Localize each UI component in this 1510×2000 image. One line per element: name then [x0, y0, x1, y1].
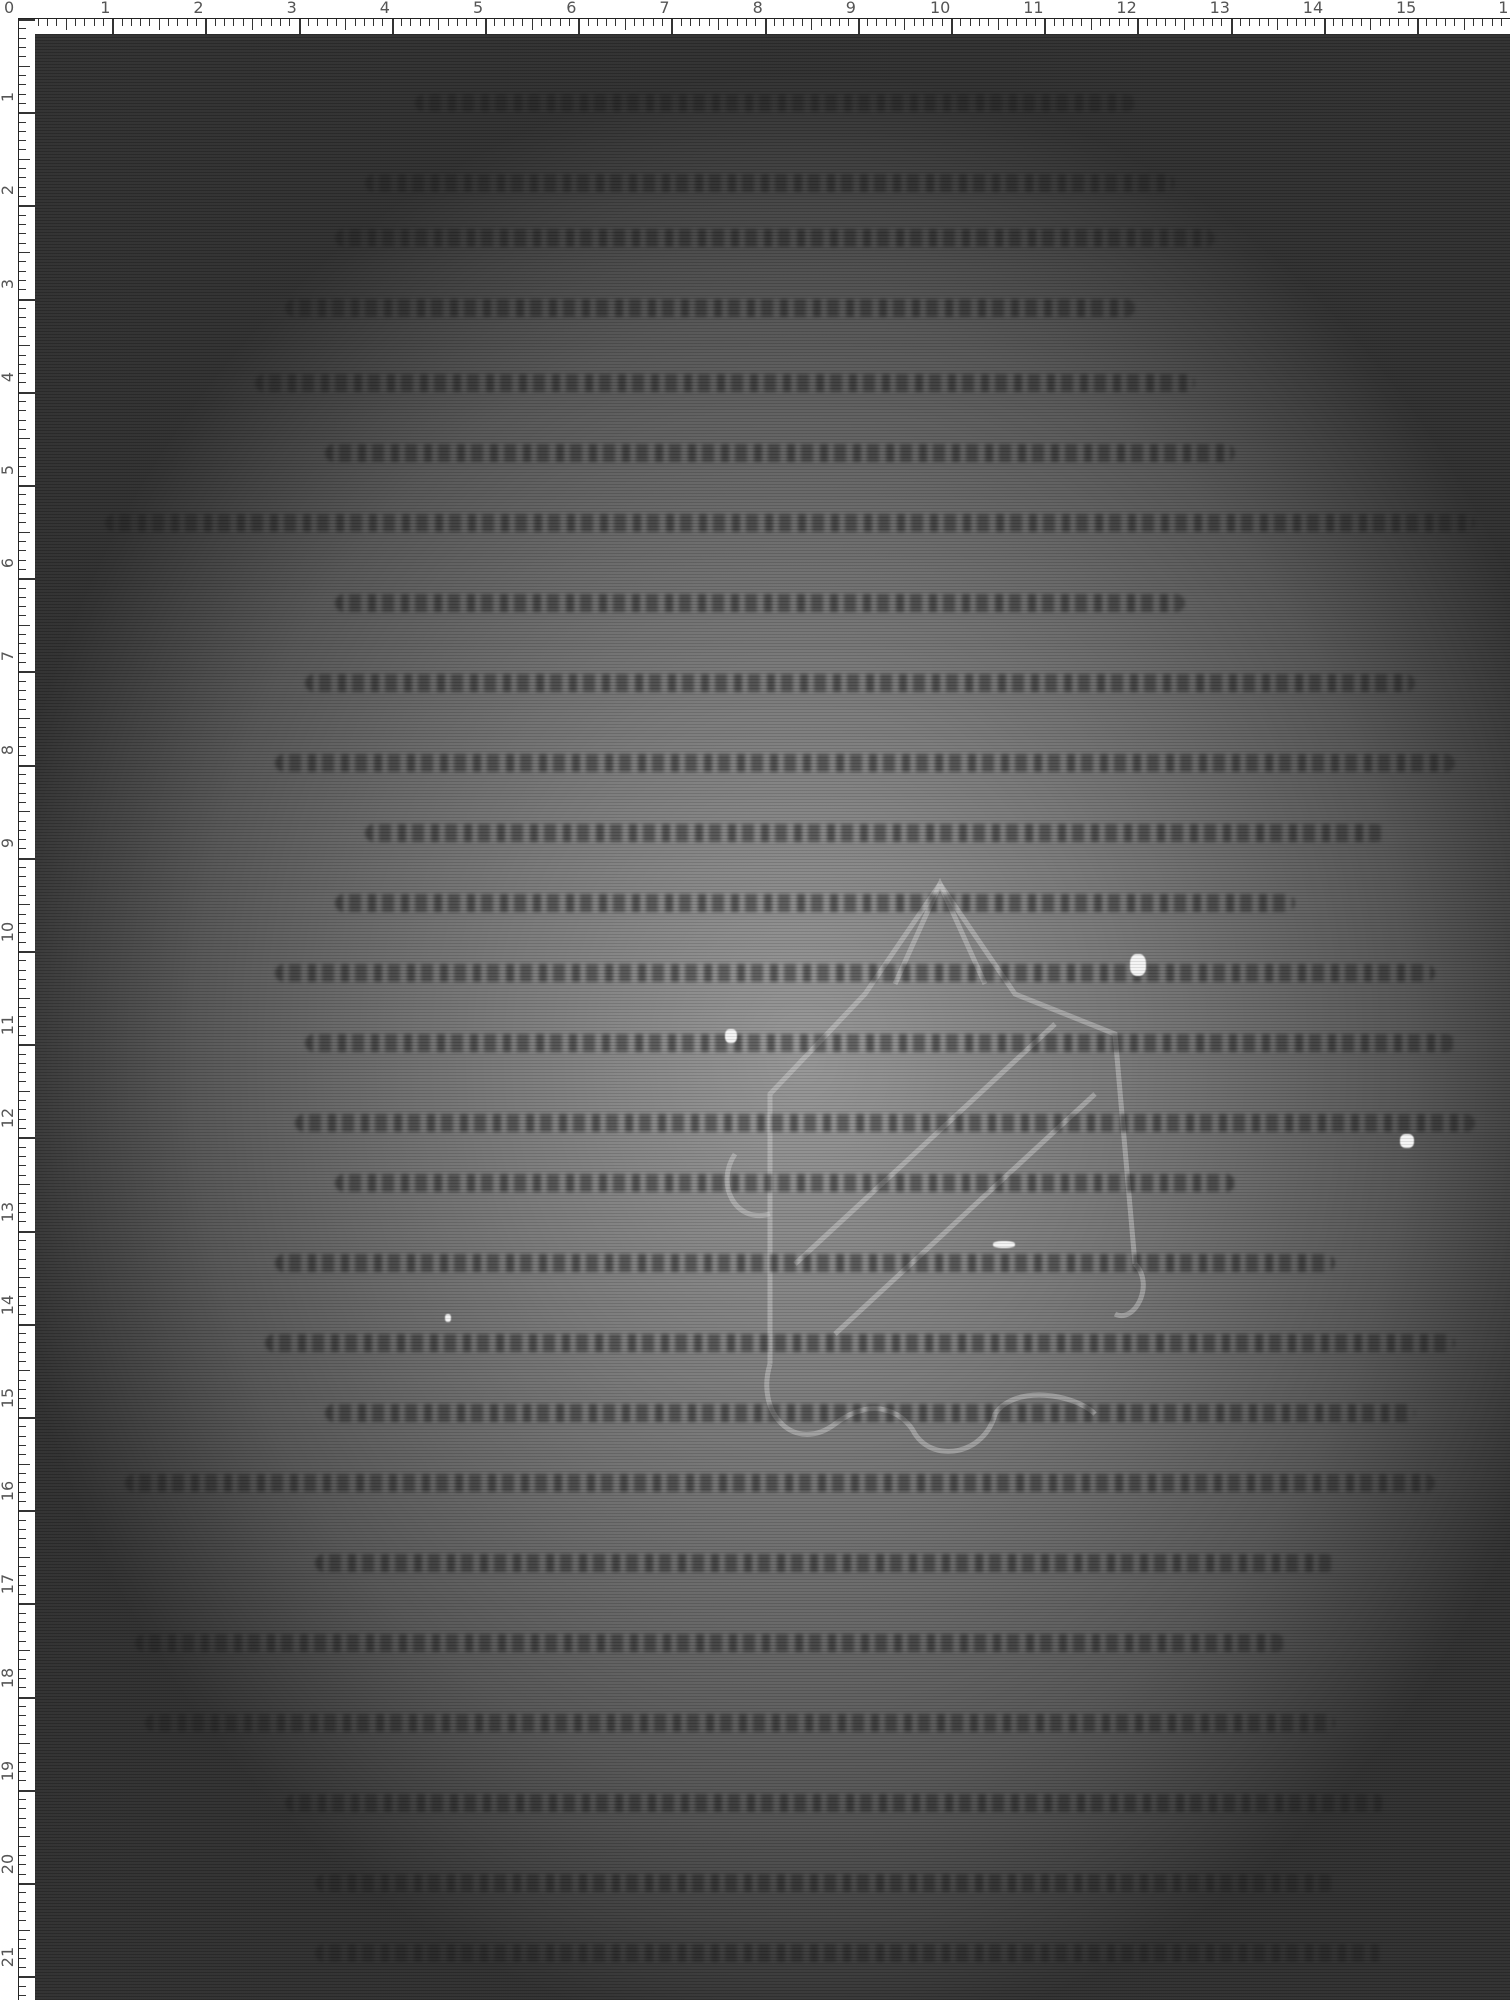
handwriting-line [305, 674, 1415, 692]
ruler-tick [19, 1585, 26, 1586]
ruler-tick [19, 1687, 26, 1688]
ruler-tick [793, 19, 794, 26]
ruler-tick [19, 1175, 26, 1176]
ruler-tick [19, 1920, 26, 1921]
ruler-tick [588, 19, 589, 26]
ruler-tick [19, 448, 26, 449]
ruler-tick [19, 1277, 30, 1278]
ruler-tick [1342, 19, 1343, 26]
ruler-tick [504, 19, 505, 26]
ruler-tick [215, 19, 216, 26]
ruler-tick [19, 382, 26, 383]
top-ruler [18, 18, 1510, 35]
handwriting-line [335, 1174, 1235, 1192]
ruler-tick [19, 1631, 26, 1632]
ruler-tick [19, 1715, 26, 1716]
ruler-tick [19, 867, 26, 868]
ruler-tick [1137, 19, 1139, 35]
ruler-tick [19, 522, 26, 523]
ruler-tick [821, 19, 822, 26]
ruler-tick [19, 1967, 26, 1968]
ruler-label: 6 [0, 551, 16, 575]
ruler-tick [373, 19, 374, 26]
ruler-tick [168, 19, 169, 26]
ruler-tick [299, 19, 301, 35]
ruler-tick [187, 19, 188, 26]
ruler-tick [839, 19, 840, 26]
ruler-tick [19, 839, 26, 840]
ruler-tick [19, 765, 35, 767]
handwriting-line [335, 229, 1215, 247]
ruler-tick [19, 485, 35, 487]
ruler-label: 5 [0, 458, 16, 482]
ruler-tick [19, 690, 26, 691]
ruler-tick [19, 19, 35, 21]
ruler-tick [19, 541, 26, 542]
ruler-tick [1240, 19, 1241, 26]
ruler-tick [1426, 19, 1427, 26]
ruler-label: 13 [0, 1200, 16, 1224]
ruler-tick [19, 1818, 26, 1819]
ruler-tick [280, 19, 281, 26]
ruler-tick [19, 289, 26, 290]
manuscript-scan [35, 34, 1510, 2000]
ruler-tick [19, 1557, 30, 1558]
ruler-label: 7 [659, 0, 669, 16]
ruler-label: 15 [1396, 0, 1416, 16]
ruler-label: 11 [1023, 0, 1043, 16]
ruler-tick [177, 19, 178, 26]
ruler-tick [727, 19, 728, 26]
ruler-tick [1287, 19, 1288, 26]
ruler-tick [19, 1044, 35, 1046]
ruler-tick [19, 886, 26, 887]
bright-speck [445, 1314, 451, 1322]
ruler-tick [19, 1855, 26, 1856]
ruler-tick [19, 149, 26, 150]
ruler-tick [19, 1883, 35, 1885]
ruler-tick [970, 19, 971, 26]
ruler-tick [19, 243, 26, 244]
ruler-tick [19, 1109, 26, 1110]
ruler-tick [19, 615, 26, 616]
ruler-tick [410, 19, 411, 26]
ruler-tick [783, 19, 784, 26]
ruler-tick [19, 1212, 26, 1213]
ruler-tick [19, 47, 26, 48]
ruler-label: 8 [0, 738, 16, 762]
ruler-tick [988, 19, 989, 26]
ruler-tick [19, 970, 26, 971]
bright-speck [1400, 1134, 1414, 1148]
ruler-tick [19, 1119, 26, 1120]
ruler-tick [19, 1780, 26, 1781]
ruler-tick [19, 1650, 30, 1651]
ruler-tick [19, 550, 26, 551]
ruler-tick [19, 1184, 30, 1185]
ruler-label: 1 [0, 85, 16, 109]
ruler-tick [392, 19, 394, 35]
ruler-tick [19, 858, 35, 860]
ruler-tick [19, 159, 30, 160]
ruler-label: 3 [0, 272, 16, 296]
ruler-tick [643, 19, 644, 26]
ruler-tick [19, 1426, 26, 1427]
ruler-tick [1007, 19, 1008, 26]
ruler-tick [550, 19, 551, 26]
ruler-label: 2 [0, 178, 16, 202]
ruler-tick [1398, 19, 1399, 26]
ruler-tick [224, 19, 225, 26]
ruler-tick [1268, 19, 1269, 26]
ruler-tick [476, 19, 477, 26]
ruler-tick [19, 252, 30, 253]
ruler-tick [19, 196, 26, 197]
ruler-tick [233, 19, 234, 26]
ruler-tick [19, 205, 35, 207]
ruler-tick [140, 19, 141, 26]
ruler-tick [1091, 19, 1092, 30]
ruler-label: 14 [0, 1293, 16, 1317]
ruler-label: 6 [566, 0, 576, 16]
ruler-tick [19, 634, 26, 635]
ruler-tick [19, 1529, 26, 1530]
ruler-tick [19, 1193, 26, 1194]
ruler-tick [94, 19, 95, 26]
ruler-tick [1314, 19, 1315, 26]
ruler-tick [1492, 19, 1493, 26]
ruler-tick [867, 19, 868, 26]
ruler-tick [830, 19, 831, 26]
ruler-tick [19, 1874, 26, 1875]
ruler-tick [19, 671, 35, 673]
ruler-tick [774, 19, 775, 26]
ruler-tick [634, 19, 635, 26]
ruler-tick [19, 1622, 26, 1623]
ruler-tick [1193, 19, 1194, 26]
ruler-tick [848, 19, 849, 26]
ruler-tick [765, 19, 767, 35]
ruler-tick [19, 951, 35, 953]
ruler-tick [19, 793, 26, 794]
handwriting-line [335, 894, 1295, 912]
ruler-tick [122, 19, 123, 26]
ruler-tick [19, 802, 26, 803]
ruler-tick [19, 280, 26, 281]
handwriting-line [255, 374, 1195, 392]
ruler-tick [942, 19, 943, 26]
ruler-tick [1324, 19, 1326, 35]
ruler-tick [1296, 19, 1297, 26]
ruler-tick [19, 1128, 26, 1129]
ruler-tick [19, 718, 30, 719]
ruler-tick [19, 1986, 26, 1987]
ruler-tick [755, 19, 756, 26]
ruler-tick [1501, 19, 1502, 26]
ruler-tick [19, 177, 26, 178]
ruler-tick [19, 373, 26, 374]
ruler-tick [19, 1417, 35, 1419]
ruler-tick [19, 1035, 26, 1036]
ruler-tick [364, 19, 365, 26]
ruler-tick [19, 998, 30, 999]
ruler-tick [19, 653, 26, 654]
ruler-tick [19, 1762, 26, 1763]
ruler-label: 4 [0, 365, 16, 389]
handwriting-line [275, 754, 1455, 772]
ruler-tick [1231, 19, 1233, 35]
ruler-tick [932, 19, 933, 26]
ruler-tick [19, 1911, 26, 1912]
ruler-tick [532, 19, 533, 30]
ruler-label: 8 [753, 0, 763, 16]
handwriting-line [315, 1944, 1385, 1962]
handwriting-line [105, 514, 1475, 532]
ruler-tick [19, 914, 26, 915]
ruler-tick [19, 1659, 26, 1660]
ruler-tick [19, 94, 26, 95]
ruler-tick [1305, 19, 1306, 26]
ruler-tick [19, 588, 26, 589]
ruler-tick [205, 19, 207, 35]
ruler-tick [578, 19, 580, 35]
ruler-tick [606, 19, 607, 26]
ruler-tick [1109, 19, 1110, 26]
ruler-tick [19, 429, 26, 430]
ruler-tick [19, 1827, 26, 1828]
ruler-tick [560, 19, 561, 26]
ruler-tick [19, 532, 30, 533]
ruler-tick [19, 1203, 26, 1204]
ruler-label: 17 [0, 1572, 16, 1596]
ruler-tick [19, 420, 26, 421]
handwriting-line [285, 299, 1135, 317]
ruler-label: 7 [0, 644, 16, 668]
ruler-tick [19, 345, 30, 346]
ruler-tick [653, 19, 654, 26]
ruler-tick [1333, 19, 1334, 26]
ruler-tick [19, 578, 35, 580]
ruler-tick [19, 569, 26, 570]
ruler-tick [317, 19, 318, 26]
ruler-tick [19, 1156, 26, 1157]
ruler-tick [1436, 19, 1437, 26]
ruler-tick [19, 355, 26, 356]
ruler-tick [1147, 19, 1148, 26]
ruler-tick [1156, 19, 1157, 26]
ruler-label: 16 [0, 1479, 16, 1503]
ruler-tick [19, 1221, 26, 1222]
handwriting-line [315, 1554, 1335, 1572]
ruler-tick [19, 494, 26, 495]
ruler-tick [569, 19, 570, 26]
ruler-tick [19, 1958, 26, 1959]
ruler-tick [1100, 19, 1101, 26]
ruler-tick [336, 19, 337, 26]
ruler-tick [19, 1864, 26, 1865]
ruler-label: 1 [1498, 0, 1508, 16]
ruler-tick [1175, 19, 1176, 26]
ruler-tick [19, 103, 26, 104]
ruler-tick [19, 392, 35, 394]
ruler-tick [718, 19, 719, 30]
ruler-tick [19, 774, 26, 775]
ruler-tick [1044, 19, 1046, 35]
ruler-tick [19, 1231, 35, 1233]
ruler-label: 9 [846, 0, 856, 16]
ruler-tick [19, 1725, 26, 1726]
ruler-label: 13 [1210, 0, 1230, 16]
ruler-tick [1054, 19, 1055, 26]
ruler-tick [66, 19, 67, 30]
ruler-tick [709, 19, 710, 26]
ruler-tick [19, 662, 26, 663]
ruler-tick [1212, 19, 1213, 26]
ruler-tick [681, 19, 682, 26]
ruler-label: 12 [1116, 0, 1136, 16]
ruler-tick [19, 1352, 26, 1353]
ruler-tick [876, 19, 877, 26]
ruler-tick [466, 19, 467, 26]
ruler-tick [38, 19, 39, 26]
ruler-tick [19, 1100, 26, 1101]
ruler-tick [19, 410, 26, 411]
ruler-label: 18 [0, 1666, 16, 1690]
ruler-tick [56, 19, 57, 26]
ruler-label: 10 [930, 0, 950, 16]
ruler-tick [19, 1370, 30, 1371]
ruler-tick [671, 19, 673, 35]
ruler-tick [19, 271, 26, 272]
ruler-tick [1482, 19, 1483, 26]
ruler-tick [19, 1948, 26, 1949]
ruler-tick [382, 19, 383, 26]
ruler-tick [858, 19, 860, 35]
ruler-label: 19 [0, 1759, 16, 1783]
ruler-tick [19, 75, 26, 76]
bright-speck [725, 1029, 737, 1043]
handwriting-line [335, 594, 1185, 612]
ruler-tick [19, 1016, 26, 1017]
ruler-tick [1417, 19, 1419, 35]
ruler-tick [457, 19, 458, 26]
ruler-tick [420, 19, 421, 26]
ruler-tick [19, 904, 30, 905]
ruler-tick [19, 1268, 26, 1269]
ruler-tick [19, 1734, 26, 1735]
ruler-tick [1361, 19, 1362, 26]
ruler-tick [19, 625, 30, 626]
ruler-tick [19, 1454, 26, 1455]
ruler-tick [19, 1808, 26, 1809]
ruler-tick [19, 1575, 26, 1576]
ruler-tick [261, 19, 262, 26]
ruler-tick [979, 19, 980, 26]
ruler-tick [19, 1165, 26, 1166]
ruler-tick [19, 1072, 26, 1073]
ruler-tick [19, 1706, 26, 1707]
ruler-label: 1 [100, 0, 110, 16]
ruler-tick [19, 327, 26, 328]
ruler-tick [19, 1836, 30, 1837]
ruler-tick [1445, 19, 1446, 26]
ruler-tick [19, 1697, 35, 1699]
ruler-tick [960, 19, 961, 26]
ruler-tick [19, 1799, 26, 1800]
ruler-tick [625, 19, 626, 30]
handwriting-line [265, 1334, 1455, 1352]
handwriting-line [135, 1634, 1285, 1652]
ruler-tick [19, 112, 35, 114]
ruler-tick [541, 19, 542, 26]
ruler-tick [19, 1464, 30, 1465]
ruler-tick [243, 19, 244, 26]
ruler-tick [19, 438, 30, 439]
watermark-outline [35, 34, 1510, 2000]
ruler-tick [19, 737, 26, 738]
ruler-tick [19, 727, 26, 728]
bright-speck [1130, 954, 1146, 976]
ruler-tick [1464, 19, 1465, 30]
ruler-tick [19, 1305, 26, 1306]
handwriting-line [325, 444, 1235, 462]
ruler-tick [19, 1137, 35, 1139]
ruler-tick [448, 19, 449, 26]
ruler-tick [746, 19, 747, 26]
ruler-tick [19, 895, 26, 896]
ruler-tick [19, 1846, 26, 1847]
ruler-tick [19, 1520, 26, 1521]
handwriting-line [275, 1254, 1335, 1272]
ruler-tick [19, 168, 26, 169]
ruler-tick [1454, 19, 1455, 26]
ruler-tick [103, 19, 104, 26]
ruler-tick [19, 1641, 26, 1642]
ruler-tick [19, 1249, 26, 1250]
ruler-label: 0 [4, 0, 14, 16]
ruler-tick [19, 709, 26, 710]
ruler-tick [19, 960, 26, 961]
ruler-tick [522, 19, 523, 26]
ruler-tick [19, 1613, 26, 1614]
ruler-tick [19, 28, 26, 29]
ruler-tick [345, 19, 346, 30]
ruler-tick [19, 56, 26, 57]
ruler-tick [19, 1538, 26, 1539]
ruler-tick [1016, 19, 1017, 26]
ruler-tick [19, 1669, 26, 1670]
ruler-label: 20 [0, 1852, 16, 1876]
ruler-tick [19, 140, 26, 141]
ruler-tick [1165, 19, 1166, 26]
ruler-tick [904, 19, 905, 30]
ruler-tick [1473, 19, 1474, 26]
ruler-tick [494, 19, 495, 26]
bright-speck [993, 1241, 1015, 1248]
ruler-tick [19, 1147, 26, 1148]
ruler-tick [19, 1314, 26, 1315]
ruler-label: 11 [0, 1013, 16, 1037]
handwriting-line [285, 1794, 1385, 1812]
ruler-tick [513, 19, 514, 26]
ruler-tick [19, 560, 26, 561]
ruler-tick [1203, 19, 1204, 26]
ruler-tick [19, 364, 26, 365]
ruler-tick [1389, 19, 1390, 26]
ruler-tick [19, 1743, 30, 1744]
ruler-tick [401, 19, 402, 26]
handwriting-line [125, 1474, 1435, 1492]
